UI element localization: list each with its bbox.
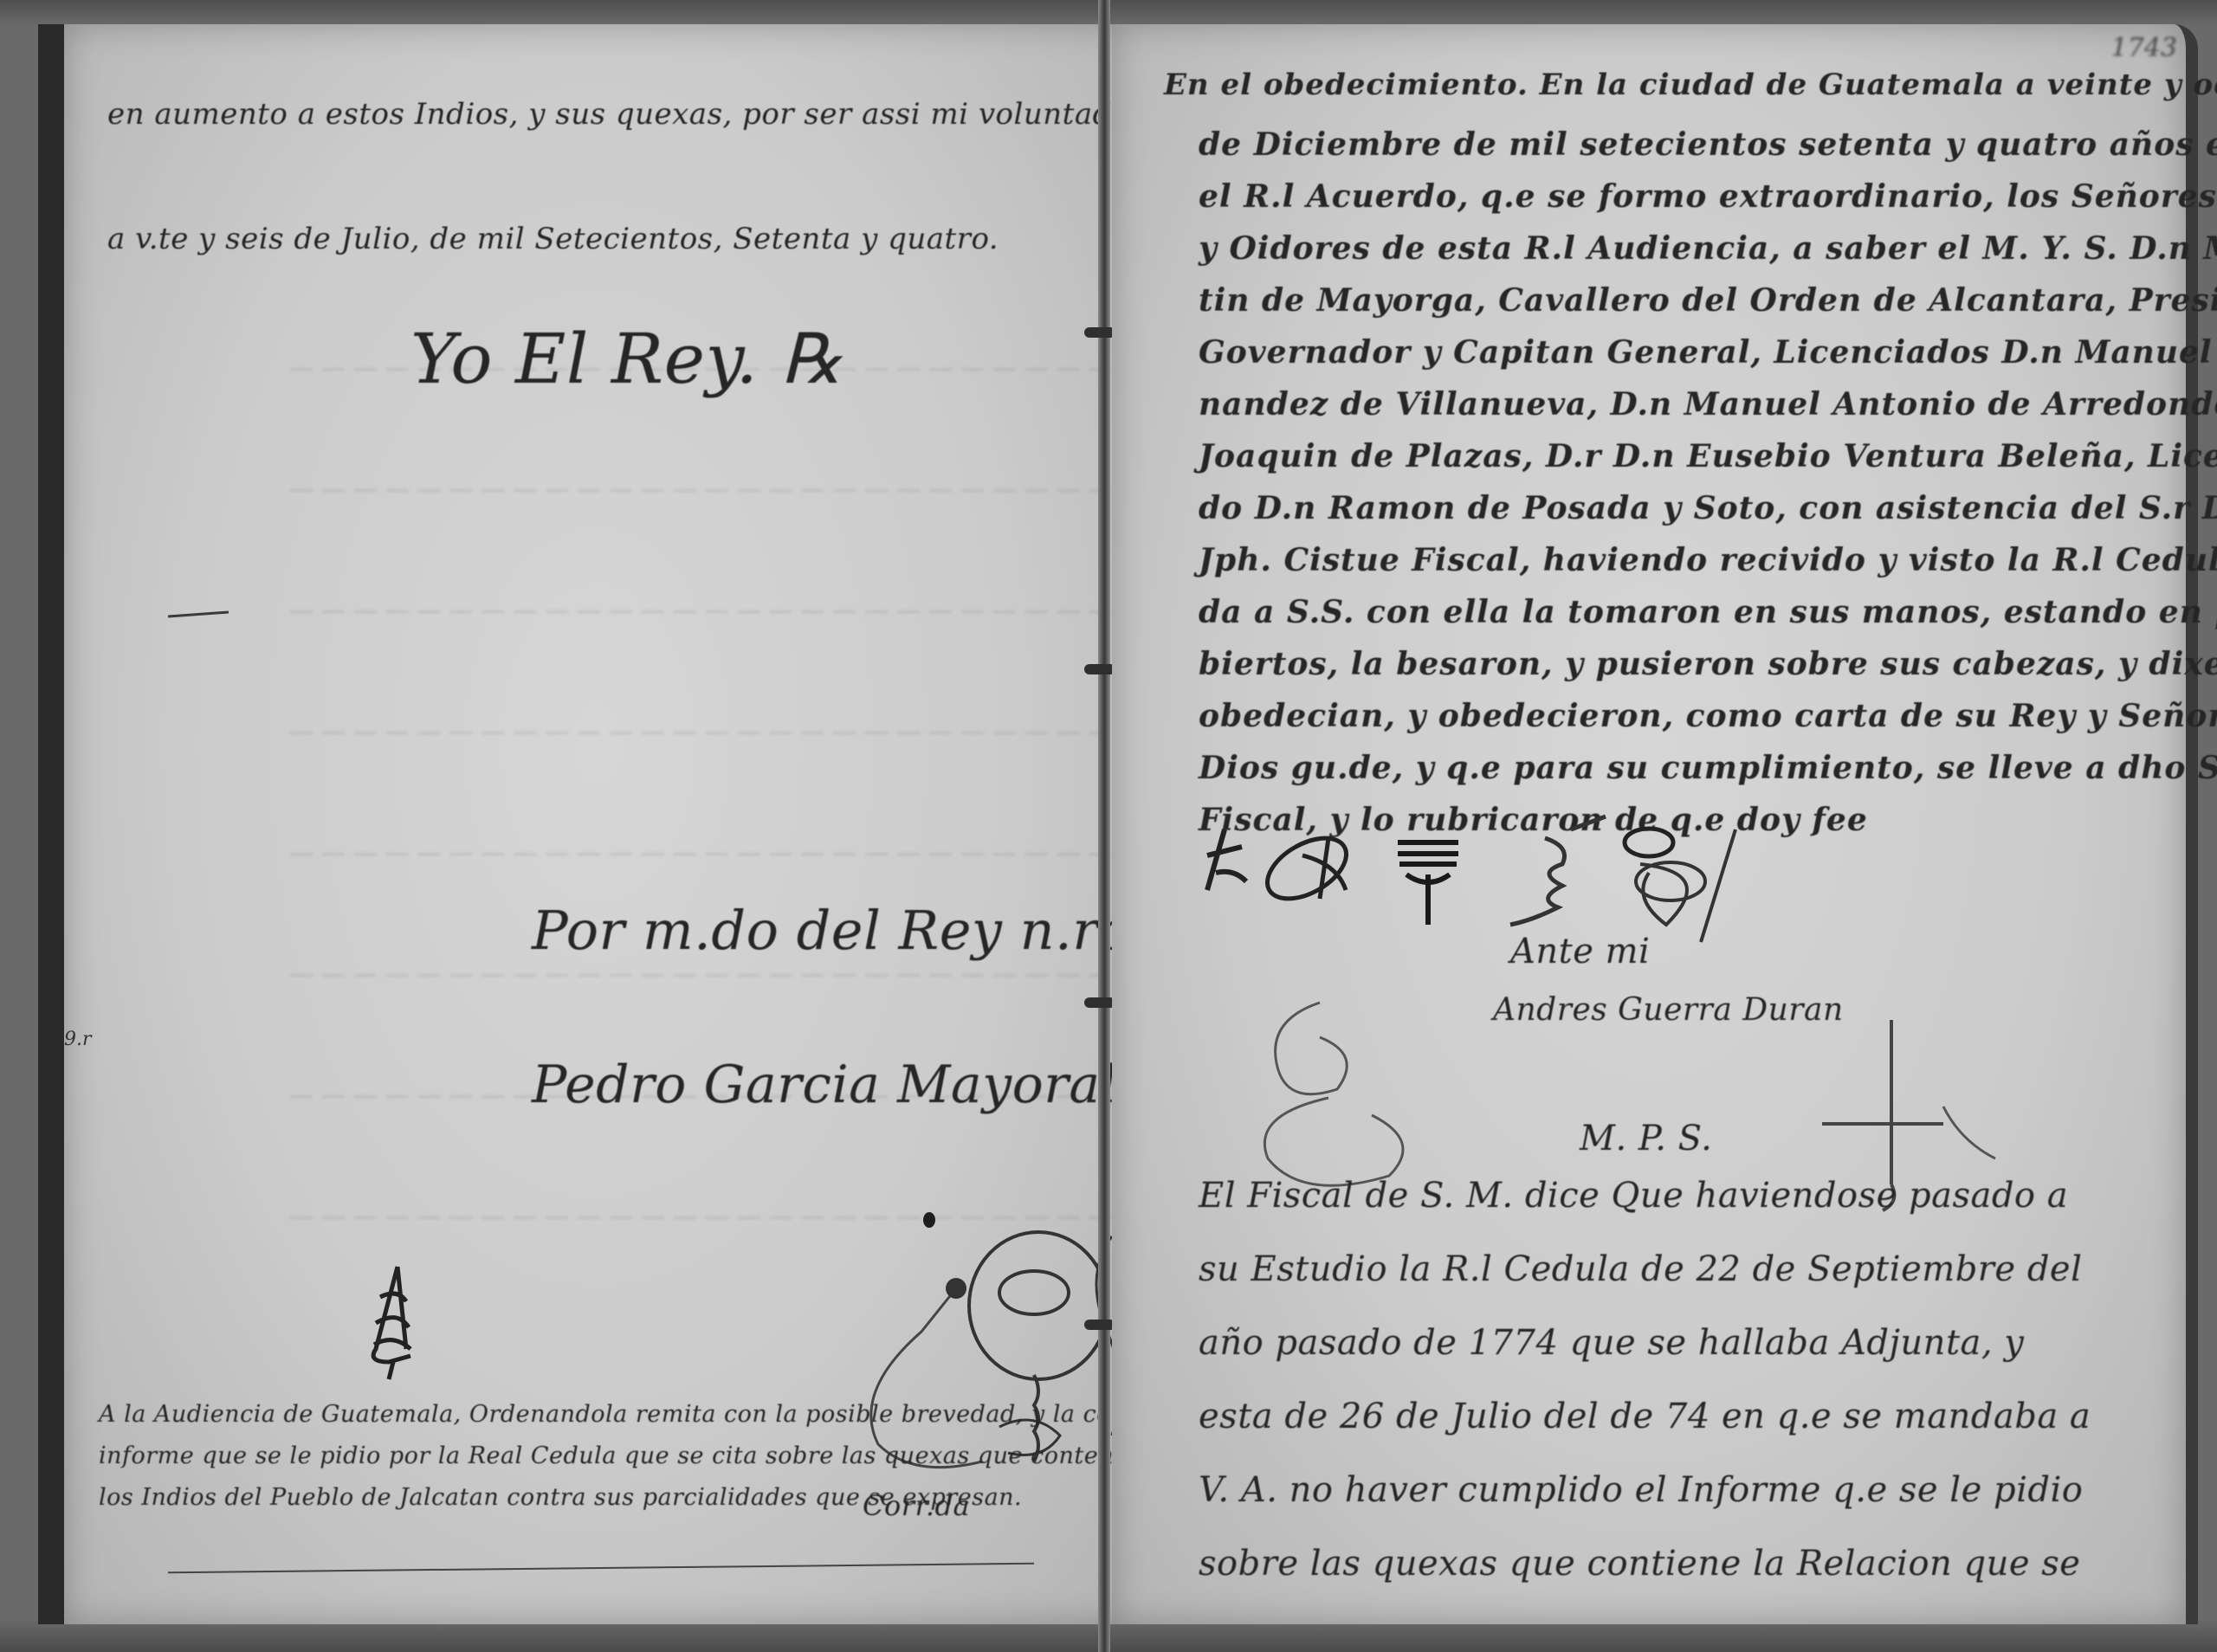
text-line-3: el R.l Acuerdo, q.e se formo extraordina… bbox=[1199, 178, 2217, 215]
fiscal-line-5: V. A. no haver cumplido el Informe q.e s… bbox=[1199, 1470, 2083, 1510]
bleed-through-text: — — — — — — — — — — — — — — — — — — — — … bbox=[289, 838, 1113, 867]
text-line-6: Governador y Capitan General, Licenciado… bbox=[1199, 334, 2217, 371]
bleed-through-text: — — — — — — — — — — — — — — — — — — — — … bbox=[289, 959, 1113, 988]
text-line-7: nandez de Villanueva, D.n Manuel Antonio… bbox=[1199, 386, 2217, 423]
bleed-through-text: — — — — — — — — — — — — — — — — — — — — … bbox=[289, 717, 1113, 745]
fiscal-line-6: sobre las quexas que contiene la Relacio… bbox=[1199, 1544, 2080, 1584]
binding-stitch bbox=[1084, 1320, 1115, 1330]
margin-note: 9.r bbox=[64, 1029, 92, 1050]
text-line-9: do D.n Ramon de Posada y Soto, con asist… bbox=[1199, 490, 2217, 526]
fiscal-line-1: El Fiscal de S. M. dice Que haviendose p… bbox=[1199, 1176, 2068, 1216]
text-line-5: tin de Mayorga, Cavallero del Orden de A… bbox=[1199, 282, 2217, 319]
flourish-mark bbox=[168, 611, 229, 618]
folio-number: 1743 bbox=[2111, 33, 2177, 63]
binding-stitch bbox=[1084, 664, 1115, 674]
fiscal-heading: M. P. S. bbox=[1580, 1119, 1712, 1158]
text-line-1: En el obedecimiento. En la ciudad de Gua… bbox=[1164, 68, 2217, 102]
text-line-14: Dios gu.de, y q.e para su cumplimiento, … bbox=[1199, 750, 2217, 786]
address-rubric-label: Corr.da bbox=[863, 1489, 970, 1522]
text-line-10: Jph. Cistue Fiscal, haviendo recivido y … bbox=[1199, 542, 2217, 578]
binding-stitch bbox=[1084, 997, 1115, 1008]
bottom-rule bbox=[168, 1563, 1034, 1573]
ante-mi-label: Ante mi bbox=[1510, 932, 1650, 971]
text-line-12: biertos, la besaron, y pusieron sobre su… bbox=[1199, 646, 2217, 682]
fiscal-line-4: esta de 26 de Julio del de 74 en q.e se … bbox=[1199, 1397, 2091, 1436]
text-line-8: Joaquin de Plazas, D.r D.n Eusebio Ventu… bbox=[1199, 438, 2217, 474]
text-line-2: a v.te y seis de Julio, de mil Setecient… bbox=[107, 222, 999, 256]
text-line-4: y Oidores de esta R.l Audiencia, a saber… bbox=[1199, 230, 2217, 267]
countersign-line-2: Pedro Garcia Mayoral bbox=[532, 1055, 1117, 1115]
bleed-through-text: — — — — — — — — — — — — — — — — — — — — … bbox=[289, 474, 1113, 503]
binding-stitch bbox=[1084, 327, 1115, 338]
manuscript-spread: — — — — — — — — — — — — — — — — — — — — … bbox=[0, 0, 2217, 1652]
bleed-through-text: — — — — — — — — — — — — — — — — — — — — … bbox=[289, 596, 1113, 624]
fiscal-line-3: año pasado de 1774 que se hallaba Adjunt… bbox=[1199, 1323, 2024, 1363]
fiscal-line-2: su Estudio la R.l Cedula de 22 de Septie… bbox=[1199, 1249, 2082, 1289]
text-line-13: obedecian, y obedecieron, como carta de … bbox=[1199, 698, 2217, 734]
right-page: 1743 En el obedecimiento. En la ciudad d… bbox=[1112, 24, 2198, 1624]
book-gutter bbox=[1098, 0, 1110, 1652]
rubric-flourish-left bbox=[359, 1262, 428, 1387]
text-line-2: de Diciembre de mil setecientos setenta … bbox=[1199, 126, 2217, 163]
left-page: — — — — — — — — — — — — — — — — — — — — … bbox=[38, 24, 1131, 1624]
text-line-11: da a S.S. con ella la tomaron en sus man… bbox=[1199, 594, 2217, 630]
royal-signature: Yo El Rey. ℞ bbox=[410, 319, 843, 399]
